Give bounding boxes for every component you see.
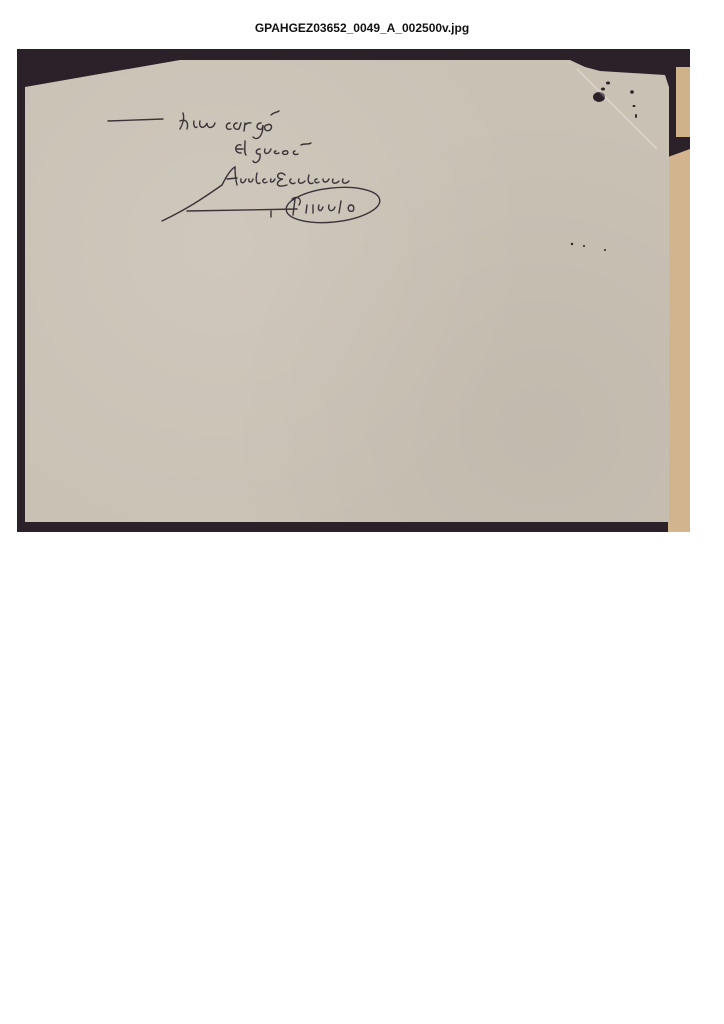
scanned-image [17,49,690,532]
handwriting [17,49,690,532]
file-name-title: GPAHGEZ03652_0049_A_002500v.jpg [0,21,724,35]
